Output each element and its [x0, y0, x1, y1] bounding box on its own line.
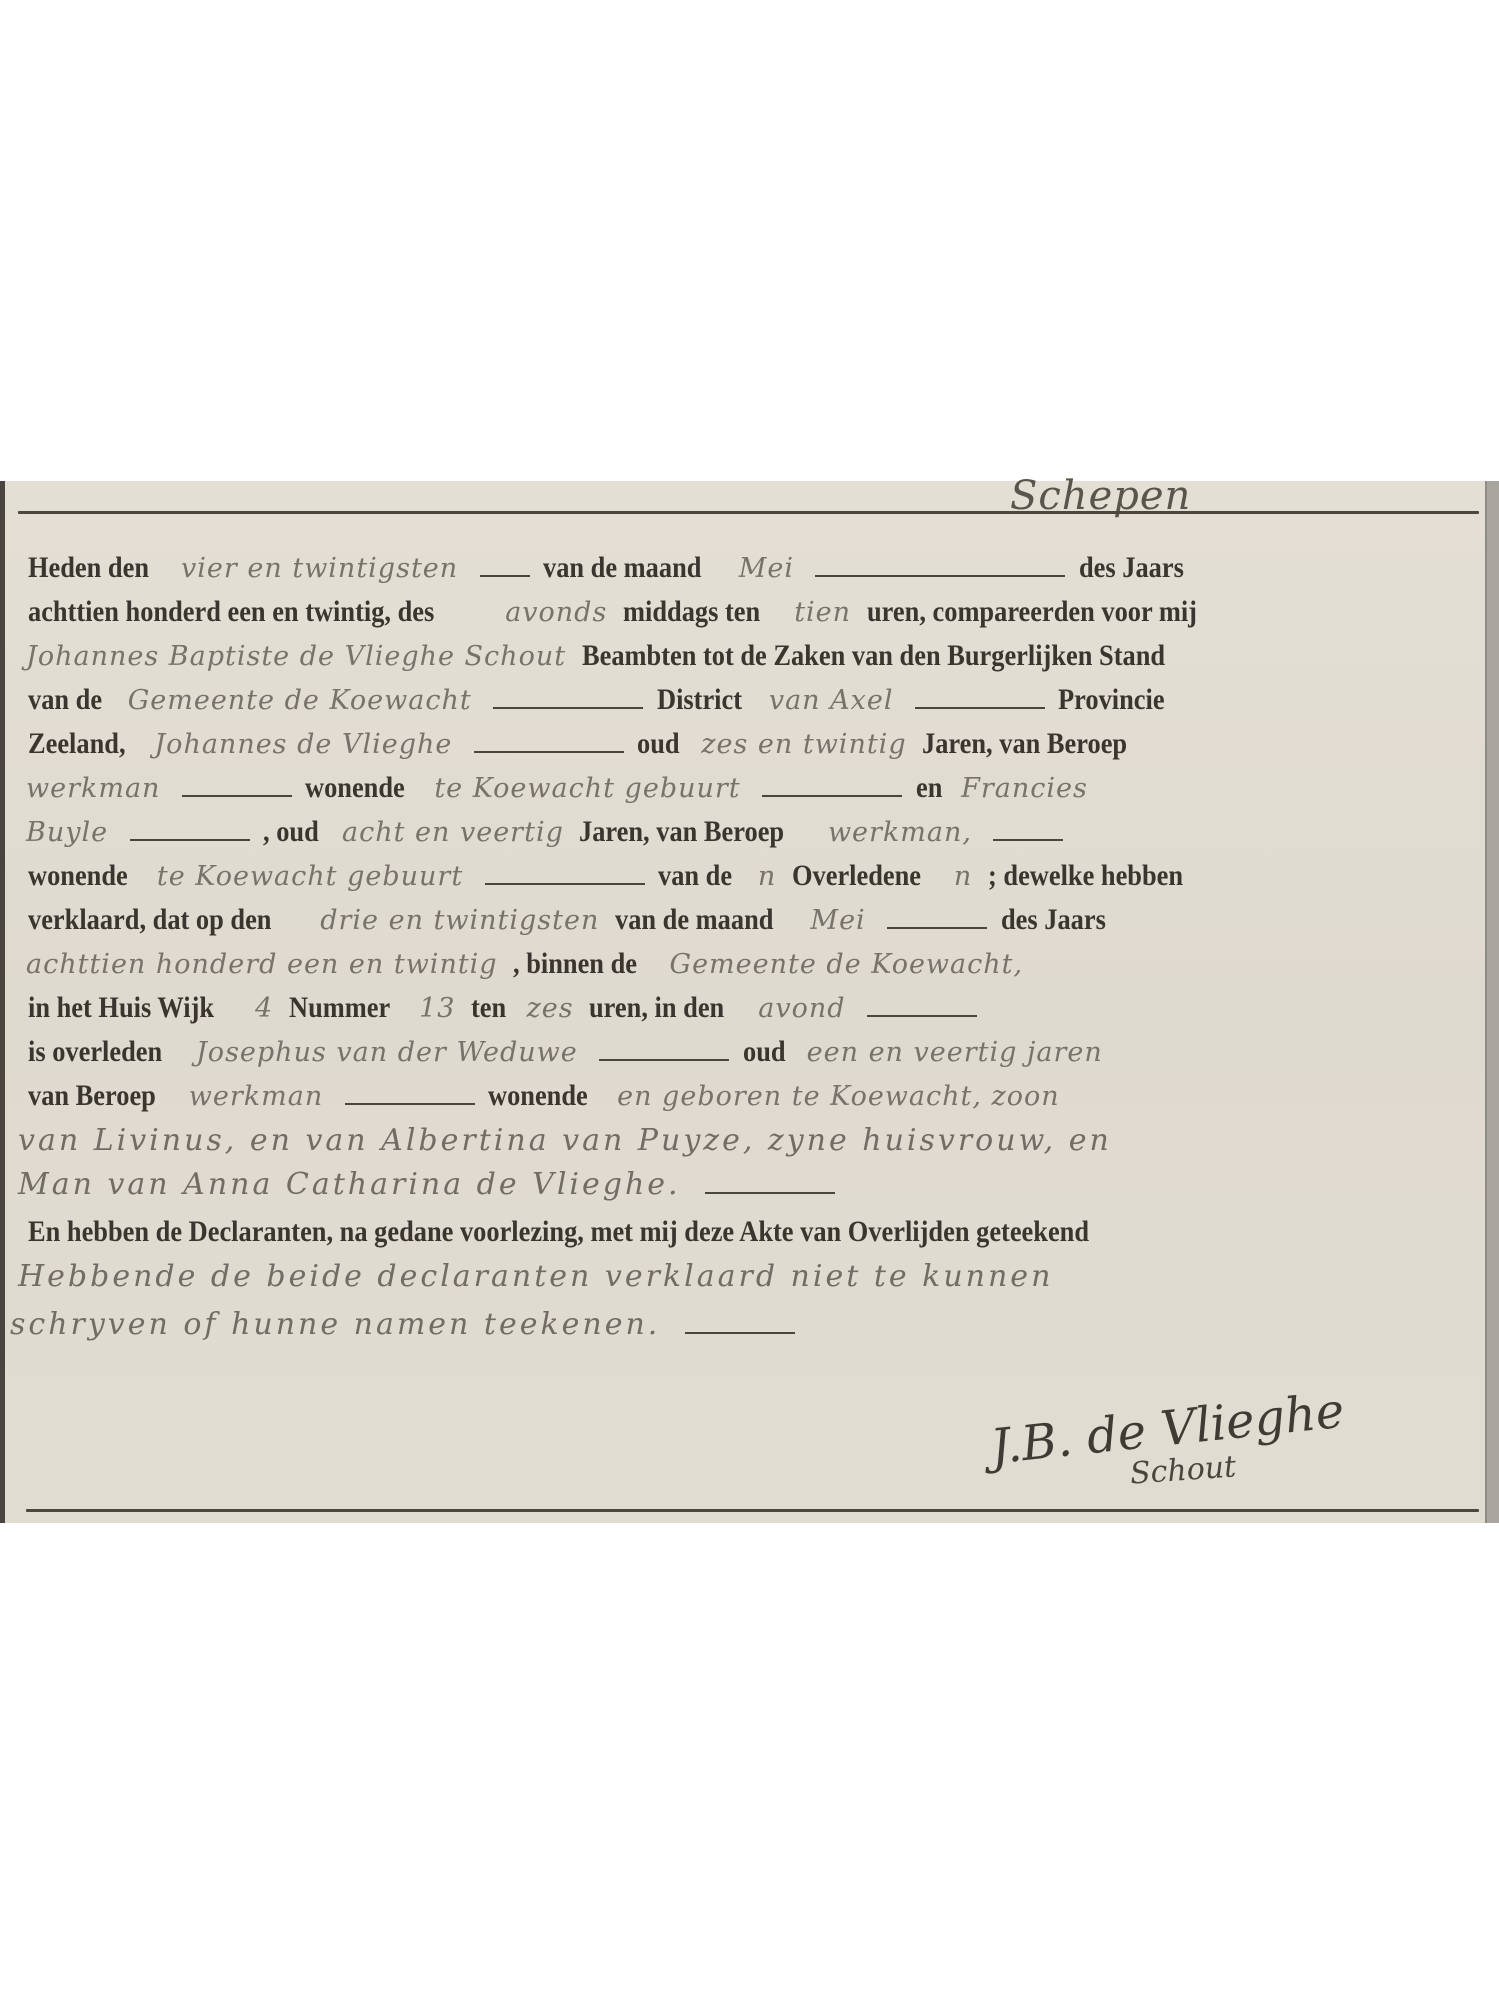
record-line-3: Johannes Baptiste de Vlieghe Schout Beam…: [18, 633, 1479, 679]
handwritten-deceased-age: een en veertig jaren: [799, 1030, 1111, 1075]
printed-text: wonende: [305, 765, 405, 811]
printed-text: achttien honderd een en twintig, des: [28, 589, 434, 635]
record-line-12: is overleden Josephus van der Weduwe oud…: [28, 1029, 1479, 1075]
printed-text: Beambten tot de Zaken van den Burgerlijk…: [582, 633, 1165, 679]
printed-text: des Jaars: [1079, 545, 1184, 591]
record-line-4: van de Gemeente de Koewacht District van…: [28, 677, 1479, 723]
record-line-6: werkman wonende te Koewacht gebuurt en F…: [18, 765, 1479, 811]
printed-text: is overleden: [28, 1029, 162, 1075]
blank-line: [685, 1308, 795, 1334]
handwritten-declarant1-residence: te Koewacht gebuurt: [426, 766, 748, 811]
record-line-18: schryven of hunne namen teekenen.: [10, 1301, 1459, 1349]
blank-line: [762, 771, 902, 797]
printed-text: District: [657, 677, 742, 723]
printed-text: van de: [658, 853, 732, 899]
handwritten-district: van Axel: [761, 678, 902, 723]
record-line-7: Buyle , oud acht en veertig Jaren, van B…: [18, 809, 1479, 855]
handwritten-remark-continued: schryven of hunne namen teekenen.: [10, 1307, 660, 1342]
printed-text: van de maand: [615, 897, 773, 943]
printed-text: Nummer: [289, 985, 390, 1031]
record-line-16: En hebben de Declaranten, na gedane voor…: [28, 1209, 1479, 1255]
printed-text: wonende: [28, 853, 128, 899]
handwritten-remark: Hebbende de beide declaranten verklaard …: [18, 1259, 1053, 1294]
printed-text: uren, in den: [589, 985, 724, 1031]
printed-text: Jaren, van Beroep: [922, 721, 1127, 767]
printed-text: Overledene: [792, 853, 921, 899]
handwritten-death-daypart: avond: [750, 986, 853, 1031]
handwritten-hour: tien: [786, 590, 859, 635]
blank-line: [485, 859, 645, 885]
printed-text: middags ten: [623, 589, 760, 635]
blank-line: [867, 991, 977, 1017]
record-line-13: van Beroep werkman wonende en geboren te…: [28, 1073, 1479, 1119]
printed-text: Zeeland,: [28, 721, 126, 767]
printed-text: Jaren, van Beroep: [579, 809, 784, 855]
printed-text: ten: [471, 985, 506, 1031]
blank-line: [130, 815, 250, 841]
handwritten-month: Mei: [731, 546, 802, 591]
top-divider: [18, 511, 1479, 514]
blank-line: [599, 1035, 729, 1061]
record-line-10: achttien honderd een en twintig , binnen…: [18, 941, 1479, 987]
record-line-9: verklaard, dat op den drie en twintigste…: [28, 897, 1479, 943]
handwritten-death-day: drie en twintigsten: [312, 898, 607, 943]
printed-text: Provincie: [1058, 677, 1165, 723]
handwritten-deceased-name: Josephus van der Weduwe: [188, 1030, 586, 1075]
handwritten-death-hour: zes: [518, 986, 581, 1031]
handwritten-death-month: Mei: [802, 898, 873, 943]
handwritten-ward-number: 4: [247, 986, 281, 1031]
handwritten-declarant2-surname: Buyle: [18, 810, 116, 855]
handwritten-deceased-residence: en geboren te Koewacht, zoon: [609, 1074, 1068, 1119]
record-line-2: achttien honderd een en twintig, des avo…: [28, 589, 1479, 635]
record-line-17: Hebbende de beide declaranten verklaard …: [18, 1253, 1459, 1301]
record-line-5: Zeeland, Johannes de Vlieghe oud zes en …: [28, 721, 1479, 767]
handwritten-municipality: Gemeente de Koewacht: [120, 678, 480, 723]
handwritten-suffix: n: [946, 854, 980, 899]
handwritten-suffix: n: [750, 854, 784, 899]
blank-line: [182, 771, 292, 797]
blank-line: [493, 683, 643, 709]
printed-text: uren, compareerden voor mij: [867, 589, 1197, 635]
blank-line: [815, 551, 1065, 577]
record-line-11: in het Huis Wijk 4 Nummer 13 ten zes ure…: [28, 985, 1479, 1031]
printed-text: en: [916, 765, 942, 811]
printed-closing-text: En hebben de Declaranten, na gedane voor…: [28, 1209, 1089, 1255]
handwritten-declarant1-age: zes en twintig: [693, 722, 914, 767]
printed-text: Heden den: [28, 545, 149, 591]
blank-line: [705, 1168, 835, 1194]
printed-text: van de maand: [543, 545, 701, 591]
handwritten-death-municipality: Gemeente de Koewacht,: [662, 942, 1032, 987]
blank-line: [993, 815, 1063, 841]
handwritten-declarant2-firstname: Francies: [953, 766, 1096, 811]
printed-text: wonende: [488, 1073, 588, 1119]
handwritten-declarant1-name: Johannes de Vlieghe: [146, 722, 460, 767]
handwritten-day: vier en twintigsten: [173, 546, 466, 591]
record-line-15: Man van Anna Catharina de Vlieghe.: [18, 1161, 1459, 1209]
record-line-14: van Livinus, en van Albertina van Puyze,…: [18, 1117, 1459, 1165]
handwritten-daypart: avonds: [497, 590, 615, 635]
bottom-divider: [26, 1509, 1479, 1512]
printed-text: van Beroep: [28, 1073, 156, 1119]
handwritten-declarant1-occupation: werkman: [18, 766, 168, 811]
printed-text: oud: [743, 1029, 786, 1075]
page-right-edge: [1485, 481, 1499, 1523]
printed-text: oud: [637, 721, 680, 767]
printed-text: van de: [28, 677, 102, 723]
death-record-page: Schepen Heden den vier en twintigsten va…: [0, 481, 1499, 1523]
blank-line: [474, 727, 624, 753]
printed-text: des Jaars: [1001, 897, 1106, 943]
handwritten-declarant2-residence: te Koewacht gebuurt: [149, 854, 471, 899]
printed-text: , binnen de: [513, 941, 637, 987]
handwritten-declarant2-occupation: werkman,: [820, 810, 980, 855]
handwritten-deceased-occupation: werkman: [181, 1074, 331, 1119]
blank-line: [915, 683, 1045, 709]
printed-text: verklaard, dat op den: [28, 897, 271, 943]
blank-line: [887, 903, 987, 929]
handwritten-official-name: Johannes Baptiste de Vlieghe Schout: [18, 634, 574, 679]
official-signature-title: Schout: [1129, 1449, 1237, 1491]
record-line-1: Heden den vier en twintigsten van de maa…: [28, 545, 1479, 591]
printed-text: ; dewelke hebben: [988, 853, 1183, 899]
handwritten-declarant2-age: acht en veertig: [334, 810, 572, 855]
handwritten-spouse: Man van Anna Catharina de Vlieghe.: [18, 1167, 681, 1202]
record-line-8: wonende te Koewacht gebuurt van de n Ove…: [28, 853, 1479, 899]
handwritten-death-year: achttien honderd een en twintig: [18, 942, 506, 987]
handwritten-house-number: 13: [411, 986, 463, 1031]
printed-text: , oud: [263, 809, 319, 855]
blank-line: [345, 1079, 475, 1105]
page-left-border: [0, 481, 5, 1523]
blank-line: [480, 551, 530, 577]
printed-text: in het Huis Wijk: [28, 985, 214, 1031]
handwritten-parents: van Livinus, en van Albertina van Puyze,…: [18, 1123, 1112, 1158]
